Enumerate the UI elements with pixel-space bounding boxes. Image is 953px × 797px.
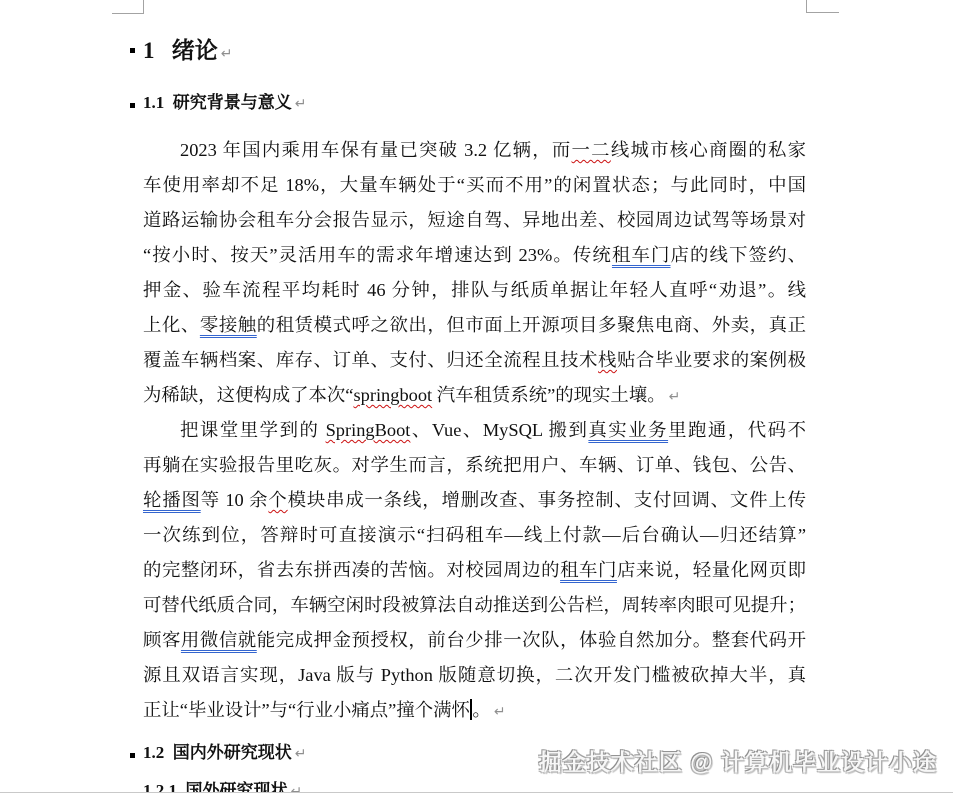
text-run: 顾客	[143, 630, 181, 650]
text-run: 店的线下签约、	[671, 245, 806, 265]
heading-style-square-icon	[130, 753, 135, 758]
section-heading[interactable]: 1.1 研究背景与意义↵	[143, 90, 806, 116]
paragraph-mark-icon: ↵	[494, 704, 506, 720]
text-run: 。	[472, 700, 490, 720]
text-run: 的租赁模式呼之欲出，但市面上开源项目多聚焦电商、外卖，真正	[257, 315, 806, 335]
text-run: 模块串成一条线，增删改查、事务控制、支付回调、文件上传	[288, 490, 806, 510]
text-run: 覆盖车辆档案、库存、订单、支付、归还全流程且技术	[143, 350, 598, 370]
margin-crop-mark-left-icon	[112, 0, 144, 14]
grammar-marked-text: 零接触	[200, 315, 257, 335]
text-run: “按小时、按天”灵活用车的需求年增速达到 23%。传统	[143, 245, 612, 265]
body-text-line[interactable]: 上化、零接触的租赁模式呼之欲出，但市面上开源项目多聚焦电商、外卖，真正	[143, 308, 806, 343]
body-text-line[interactable]: 覆盖车辆档案、库存、订单、支付、归还全流程且技术栈贴合毕业要求的案例极	[143, 343, 806, 378]
page-bottom-border	[0, 792, 953, 793]
text-run: 1 绪论	[143, 38, 218, 63]
text-run: 1.1 研究背景与意义	[143, 93, 292, 112]
text-run: 的完整闭环，省去东拼西凑的苦恼。对校园周边的	[143, 560, 560, 580]
paragraph-mark-icon: ↵	[295, 96, 307, 112]
grammar-marked-text: 租车门	[560, 560, 617, 580]
body-text-line[interactable]: 正让“毕业设计”与“行业小痛点”撞个满怀。↵	[143, 693, 806, 728]
spellcheck-marked-text: SpringBoot	[326, 420, 411, 440]
body-text-line[interactable]: 一次练到位，答辩时可直接演示“扫码租车—线上付款—后台确认—归还结算”	[143, 518, 806, 553]
text-run: 、Vue、MySQL 搬到	[410, 420, 588, 440]
text-run: 贴合毕业要求的案例极	[617, 350, 806, 370]
text-run: 一次练到位，答辩时可直接演示“扫码租车—线上付款—后台确认—归还结算”	[143, 525, 806, 545]
text-run: 为稀缺，这便构成了本次“	[143, 385, 353, 405]
text-run: 再躺在实验报告里吃灰。对学生而言，系统把用户、车辆、订单、钱包、公告、	[143, 455, 806, 475]
grammar-marked-text: 轮播图	[143, 490, 201, 510]
document-page: 1 绪论↵1.1 研究背景与意义↵2023 年国内乘用车保有量已突破 3.2 亿…	[0, 0, 953, 797]
text-run: 上化、	[143, 315, 200, 335]
paragraph-mark-icon: ↵	[295, 746, 307, 762]
paragraph-mark-icon: ↵	[669, 389, 681, 405]
spellcheck-marked-text: 个	[268, 490, 287, 510]
text-run: 等 10 余	[201, 490, 269, 510]
body-text-line[interactable]: 把课堂里学到的 SpringBoot、Vue、MySQL 搬到真实业务里跑通，代…	[143, 413, 806, 448]
heading-style-square-icon	[130, 48, 135, 53]
text-run: 可替代纸质合同，车辆空闲时段被算法自动推送到公告栏，周转率肉眼可见提升；	[143, 595, 806, 615]
body-text-line[interactable]: 2023 年国内乘用车保有量已突破 3.2 亿辆，而一二线城市核心商圈的私家	[143, 133, 806, 168]
section-heading[interactable]: 1 绪论↵	[143, 36, 806, 66]
body-text-line[interactable]: 再躺在实验报告里吃灰。对学生而言，系统把用户、车辆、订单、钱包、公告、	[143, 448, 806, 483]
body-text-line[interactable]: 轮播图等 10 余个模块串成一条线，增删改查、事务控制、支付回调、文件上传	[143, 483, 806, 518]
text-run: 把课堂里学到的	[180, 420, 326, 440]
body-text-line[interactable]: “按小时、按天”灵活用车的需求年增速达到 23%。传统租车门店的线下签约、	[143, 238, 806, 273]
body-text-line[interactable]: 的完整闭环，省去东拼西凑的苦恼。对校园周边的租车门店来说，轻量化网页即	[143, 553, 806, 588]
body-text-line[interactable]: 可替代纸质合同，车辆空闲时段被算法自动推送到公告栏，周转率肉眼可见提升；	[143, 588, 806, 623]
body-text-line[interactable]: 源且双语言实现，Java 版与 Python 版随意切换，二次开发门槛被砍掉大半…	[143, 658, 806, 693]
body-text-line[interactable]: 车使用率却不足 18%，大量车辆处于“买而不用”的闲置状态；与此同时，中国	[143, 168, 806, 203]
body-text-line[interactable]: 道路运输协会租车分会报告显示，短途自驾、异地出差、校园周边试驾等场景对	[143, 203, 806, 238]
document-content: 1 绪论↵1.1 研究背景与意义↵2023 年国内乘用车保有量已突破 3.2 亿…	[143, 0, 806, 797]
body-text-line[interactable]: 押金、验车流程平均耗时 46 分钟，排队与纸质单据让年轻人直呼“劝退”。线	[143, 273, 806, 308]
body-text-line[interactable]: 为稀缺，这便构成了本次“springboot 汽车租赁系统”的现实土壤。↵	[143, 378, 806, 413]
grammar-marked-text: 租车门	[612, 245, 671, 265]
text-run: 里跑通，代码不	[668, 420, 806, 440]
text-run: 车使用率却不足 18%，大量车辆处于“买而不用”的闲置状态；与此同时，中国	[143, 175, 806, 195]
text-run: 线城市核心商圈的私家	[611, 140, 806, 160]
margin-crop-mark-right-icon	[806, 0, 839, 13]
spellcheck-marked-text: 一二	[572, 140, 611, 160]
watermark: 掘金技术社区 @ 计算机毕业设计小途	[539, 744, 937, 777]
spellcheck-marked-text: 栈	[598, 350, 617, 370]
text-run: 1.2 国内外研究现状	[143, 743, 292, 762]
text-run: 押金、验车流程平均耗时 46 分钟，排队与纸质单据让年轻人直呼“劝退”。线	[143, 280, 806, 300]
paragraph-mark-icon: ↵	[221, 46, 233, 62]
text-run: 正让“毕业设计”与“行业小痛点”撞个满怀	[143, 700, 470, 720]
grammar-marked-text: 用微信就	[181, 630, 257, 650]
text-run: 汽车租赁系统”的现实土壤。	[432, 385, 665, 405]
text-run: 源且双语言实现，Java 版与 Python 版随意切换，二次开发门槛被砍掉大半…	[143, 665, 806, 685]
text-run: 能完成押金预授权，前台少排一次队，体验自然加分。整套代码开	[257, 630, 806, 650]
text-run: 2023 年国内乘用车保有量已突破 3.2 亿辆，而	[180, 140, 572, 160]
heading-style-square-icon	[130, 103, 135, 108]
grammar-marked-text: 真实业务	[588, 420, 668, 440]
body-text-line[interactable]: 顾客用微信就能完成押金预授权，前台少排一次队，体验自然加分。整套代码开	[143, 623, 806, 658]
page-bottom-mask	[0, 793, 953, 797]
spellcheck-marked-text: springboot	[353, 385, 432, 405]
text-run: 店来说，轻量化网页即	[617, 560, 806, 580]
text-run: 道路运输协会租车分会报告显示，短途自驾、异地出差、校园周边试驾等场景对	[143, 210, 806, 230]
